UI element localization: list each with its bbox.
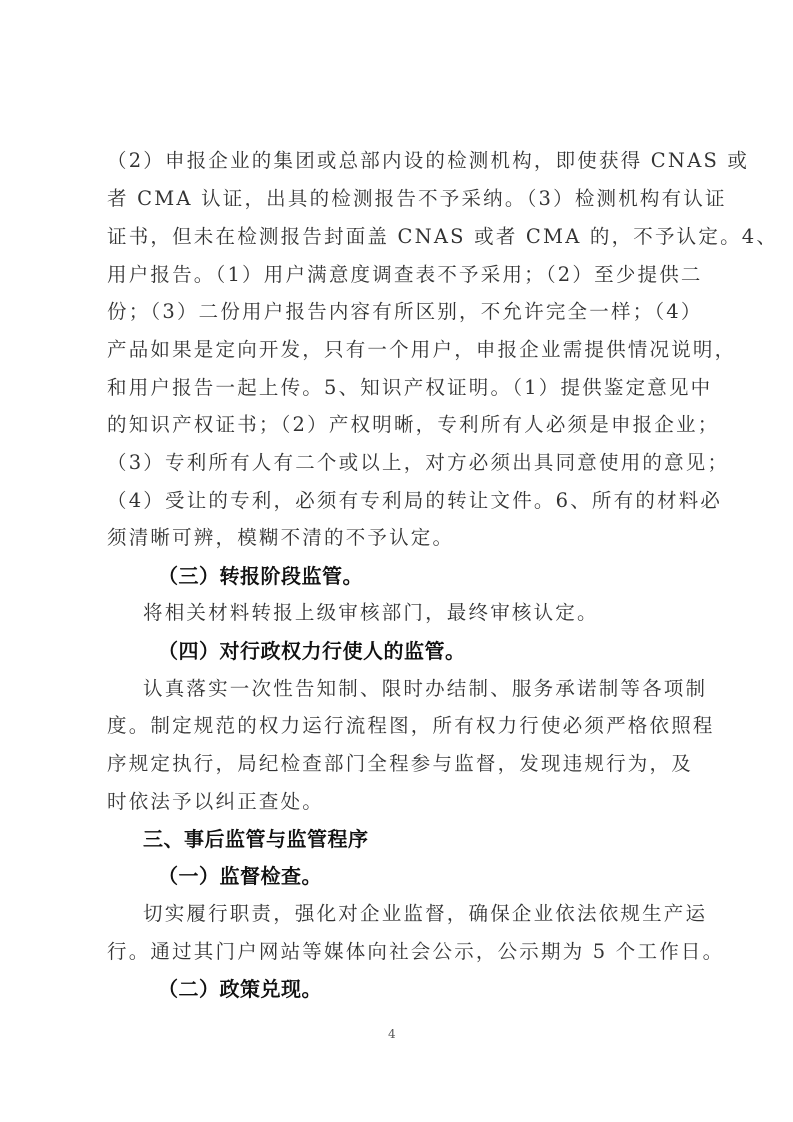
subsection-heading-s3-1: （一）监督检查。	[158, 861, 322, 891]
body-text-line: 用户报告。（1）用户满意度调查表不予采用；（2）至少提供二	[107, 260, 694, 290]
body-text-line: 须清晰可辨，模糊不清的不予认定。	[107, 523, 694, 553]
subsection-heading-s3-2: （二）政策兑现。	[158, 974, 322, 1004]
body-text-line: 时依法予以纠正查处。	[107, 787, 694, 817]
section-title: 三、事后监管与监管程序	[143, 824, 369, 854]
body-text-line: 序规定执行，局纪检查部门全程参与监督，发现违规行为，及	[107, 749, 694, 779]
subsection-heading-4: （四）对行政权力行使人的监管。	[158, 636, 466, 666]
body-text-line: （4）受让的专利，必须有专利局的转让文件。6、所有的材料必	[107, 486, 694, 516]
body-text-line: 切实履行职责，强化对企业监督，确保企业依法依规生产运	[143, 899, 730, 929]
body-text-line: （2）申报企业的集团或总部内设的检测机构，即使获得 CNAS 或	[107, 146, 694, 176]
subsection-heading-3: （三）转报阶段监管。	[158, 561, 363, 591]
body-text-line: 的知识产权证书；（2）产权明晰，专利所有人必须是申报企业；	[107, 410, 694, 440]
page-number: 4	[388, 1027, 396, 1041]
body-text-line: 证书，但未在检测报告封面盖 CNAS 或者 CMA 的，不予认定。4、	[107, 222, 694, 252]
body-text-line: 产品如果是定向开发，只有一个用户，申报企业需提供情况说明，	[107, 335, 694, 365]
body-text-line: 者 CMA 认证，出具的检测报告不予采纳。（3）检测机构有认证	[107, 184, 694, 214]
document-page: （2）申报企业的集团或总部内设的检测机构，即使获得 CNAS 或 者 CMA 认…	[0, 0, 793, 1122]
body-text-line: （3）专利所有人有二个或以上，对方必须出具同意使用的意见；	[107, 448, 694, 478]
body-text-line: 行。通过其门户网站等媒体向社会公示，公示期为 5 个工作日。	[107, 937, 694, 967]
body-text-line: 和用户报告一起上传。5、知识产权证明。（1）提供鉴定意见中	[107, 373, 694, 403]
body-text-line: 份；（3）二份用户报告内容有所区别，不允许完全一样；（4）	[107, 297, 694, 327]
body-text-line: 认真落实一次性告知制、限时办结制、服务承诺制等各项制	[143, 674, 694, 704]
body-text-line: 将相关材料转报上级审核部门，最终审核认定。	[143, 598, 730, 628]
body-text-line: 度。制定规范的权力运行流程图，所有权力行使必须严格依照程	[107, 711, 694, 741]
